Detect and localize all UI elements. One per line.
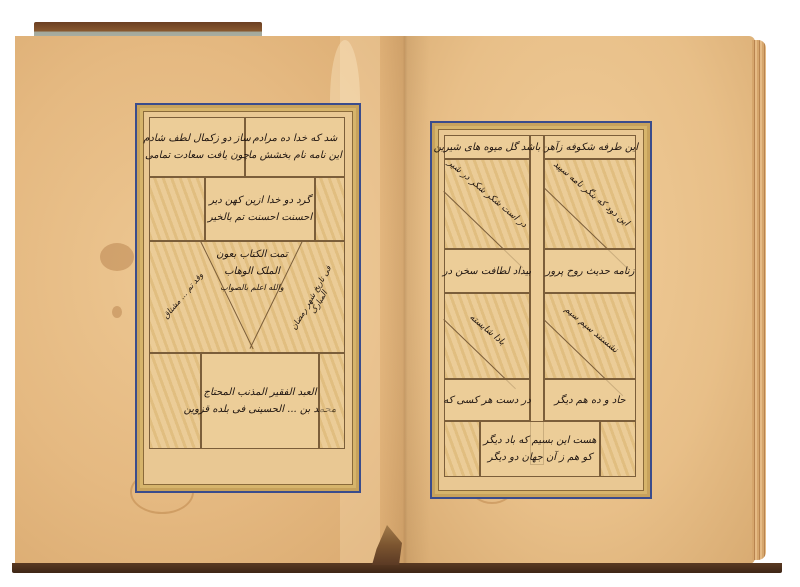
right-verse-panel: این طرفه شکوفه زآهن باشد گل میوه های شیر… [430, 121, 652, 499]
book-gutter [380, 36, 430, 564]
right-top-left-cell: باشد گل میوه های شیرین [444, 135, 530, 159]
verse-line: این نامه نام بخشش ما [248, 150, 342, 161]
verse-line: چون یافت سعادت تمامی [145, 150, 249, 161]
right-row3-left-cell: در دست هر کسی که [444, 379, 530, 421]
illumination-panel [149, 353, 201, 449]
verse-line: شد که خدا ده مرادم [253, 133, 338, 144]
verse-line: در دست هر کسی که [443, 395, 531, 406]
right-mid-left-cell: بیداد لطافت سخن در [444, 249, 530, 293]
left-middle-cell: گرد دو خدا ازین کهن دیر احسنت احسنت تم ب… [205, 177, 315, 241]
verse-line: این طرفه شکوفه زآهن [542, 142, 638, 153]
verse-line: بیداد لطافت سخن در [443, 266, 531, 277]
triangle-text: تمت الکتاب بعون الملک الوهاب والله اعلم … [199, 249, 305, 329]
right-top-right-cell: این طرفه شکوفه زآهن [544, 135, 636, 159]
scribe-line: العبد الفقیر المذنب المحتاج [204, 387, 317, 398]
right-row3-right-cell: حاد و ده هم دیگر [544, 379, 636, 421]
left-bottom-cell: العبد الفقیر المذنب المحتاج محمد بن ... … [201, 353, 319, 449]
page-block-edges [752, 40, 766, 560]
verse-line: زنامه حدیث روح پرور [545, 266, 634, 277]
verse-line: گرد دو خدا ازین کهن دیر [209, 195, 311, 206]
water-stain [112, 306, 122, 318]
verse-line: احسنت احسنت تم بالخیر [208, 212, 312, 223]
center-column [530, 135, 544, 465]
verse-line: هست این بسیم که باد دیگر [483, 435, 596, 446]
verse-line: حاد و ده هم دیگر [554, 395, 625, 406]
right-mid-right-cell: زنامه حدیث روح پرور [544, 249, 636, 293]
right-bottom-cell: هست این بسیم که باد دیگر کو هم ز آن جهان… [480, 421, 600, 477]
verse-line: باشد گل میوه های شیرین [434, 142, 541, 153]
right-panel-border: این طرفه شکوفه زآهن باشد گل میوه های شیر… [435, 126, 647, 494]
illumination-panel [315, 177, 345, 241]
water-stain [100, 243, 134, 271]
illumination-panel [444, 421, 480, 477]
illumination-panel [149, 177, 205, 241]
colophon-line: تمت الکتاب بعون [216, 249, 288, 260]
colophon-line: والله اعلم بالصواب [220, 283, 283, 292]
colophon-line: الملک الوهاب [224, 266, 280, 277]
scribe-line: محمد بن ... الحسینی فی بلده قزوین [184, 404, 337, 415]
illumination-panel [319, 353, 345, 449]
left-top-left-cell: ساز دو زکمال لطف شادم چون یافت سعادت تما… [149, 117, 245, 177]
left-top-right-cell: شد که خدا ده مرادم این نامه نام بخشش ما [245, 117, 345, 177]
left-colophon-panel: شد که خدا ده مرادم این نامه نام بخشش ما … [135, 103, 361, 493]
left-panel-border: شد که خدا ده مرادم این نامه نام بخشش ما … [140, 108, 356, 488]
verse-line: ساز دو زکمال لطف شادم [143, 133, 251, 144]
verse-line: کو هم ز آن جهان دو دیگر [488, 452, 593, 463]
illumination-panel [600, 421, 636, 477]
